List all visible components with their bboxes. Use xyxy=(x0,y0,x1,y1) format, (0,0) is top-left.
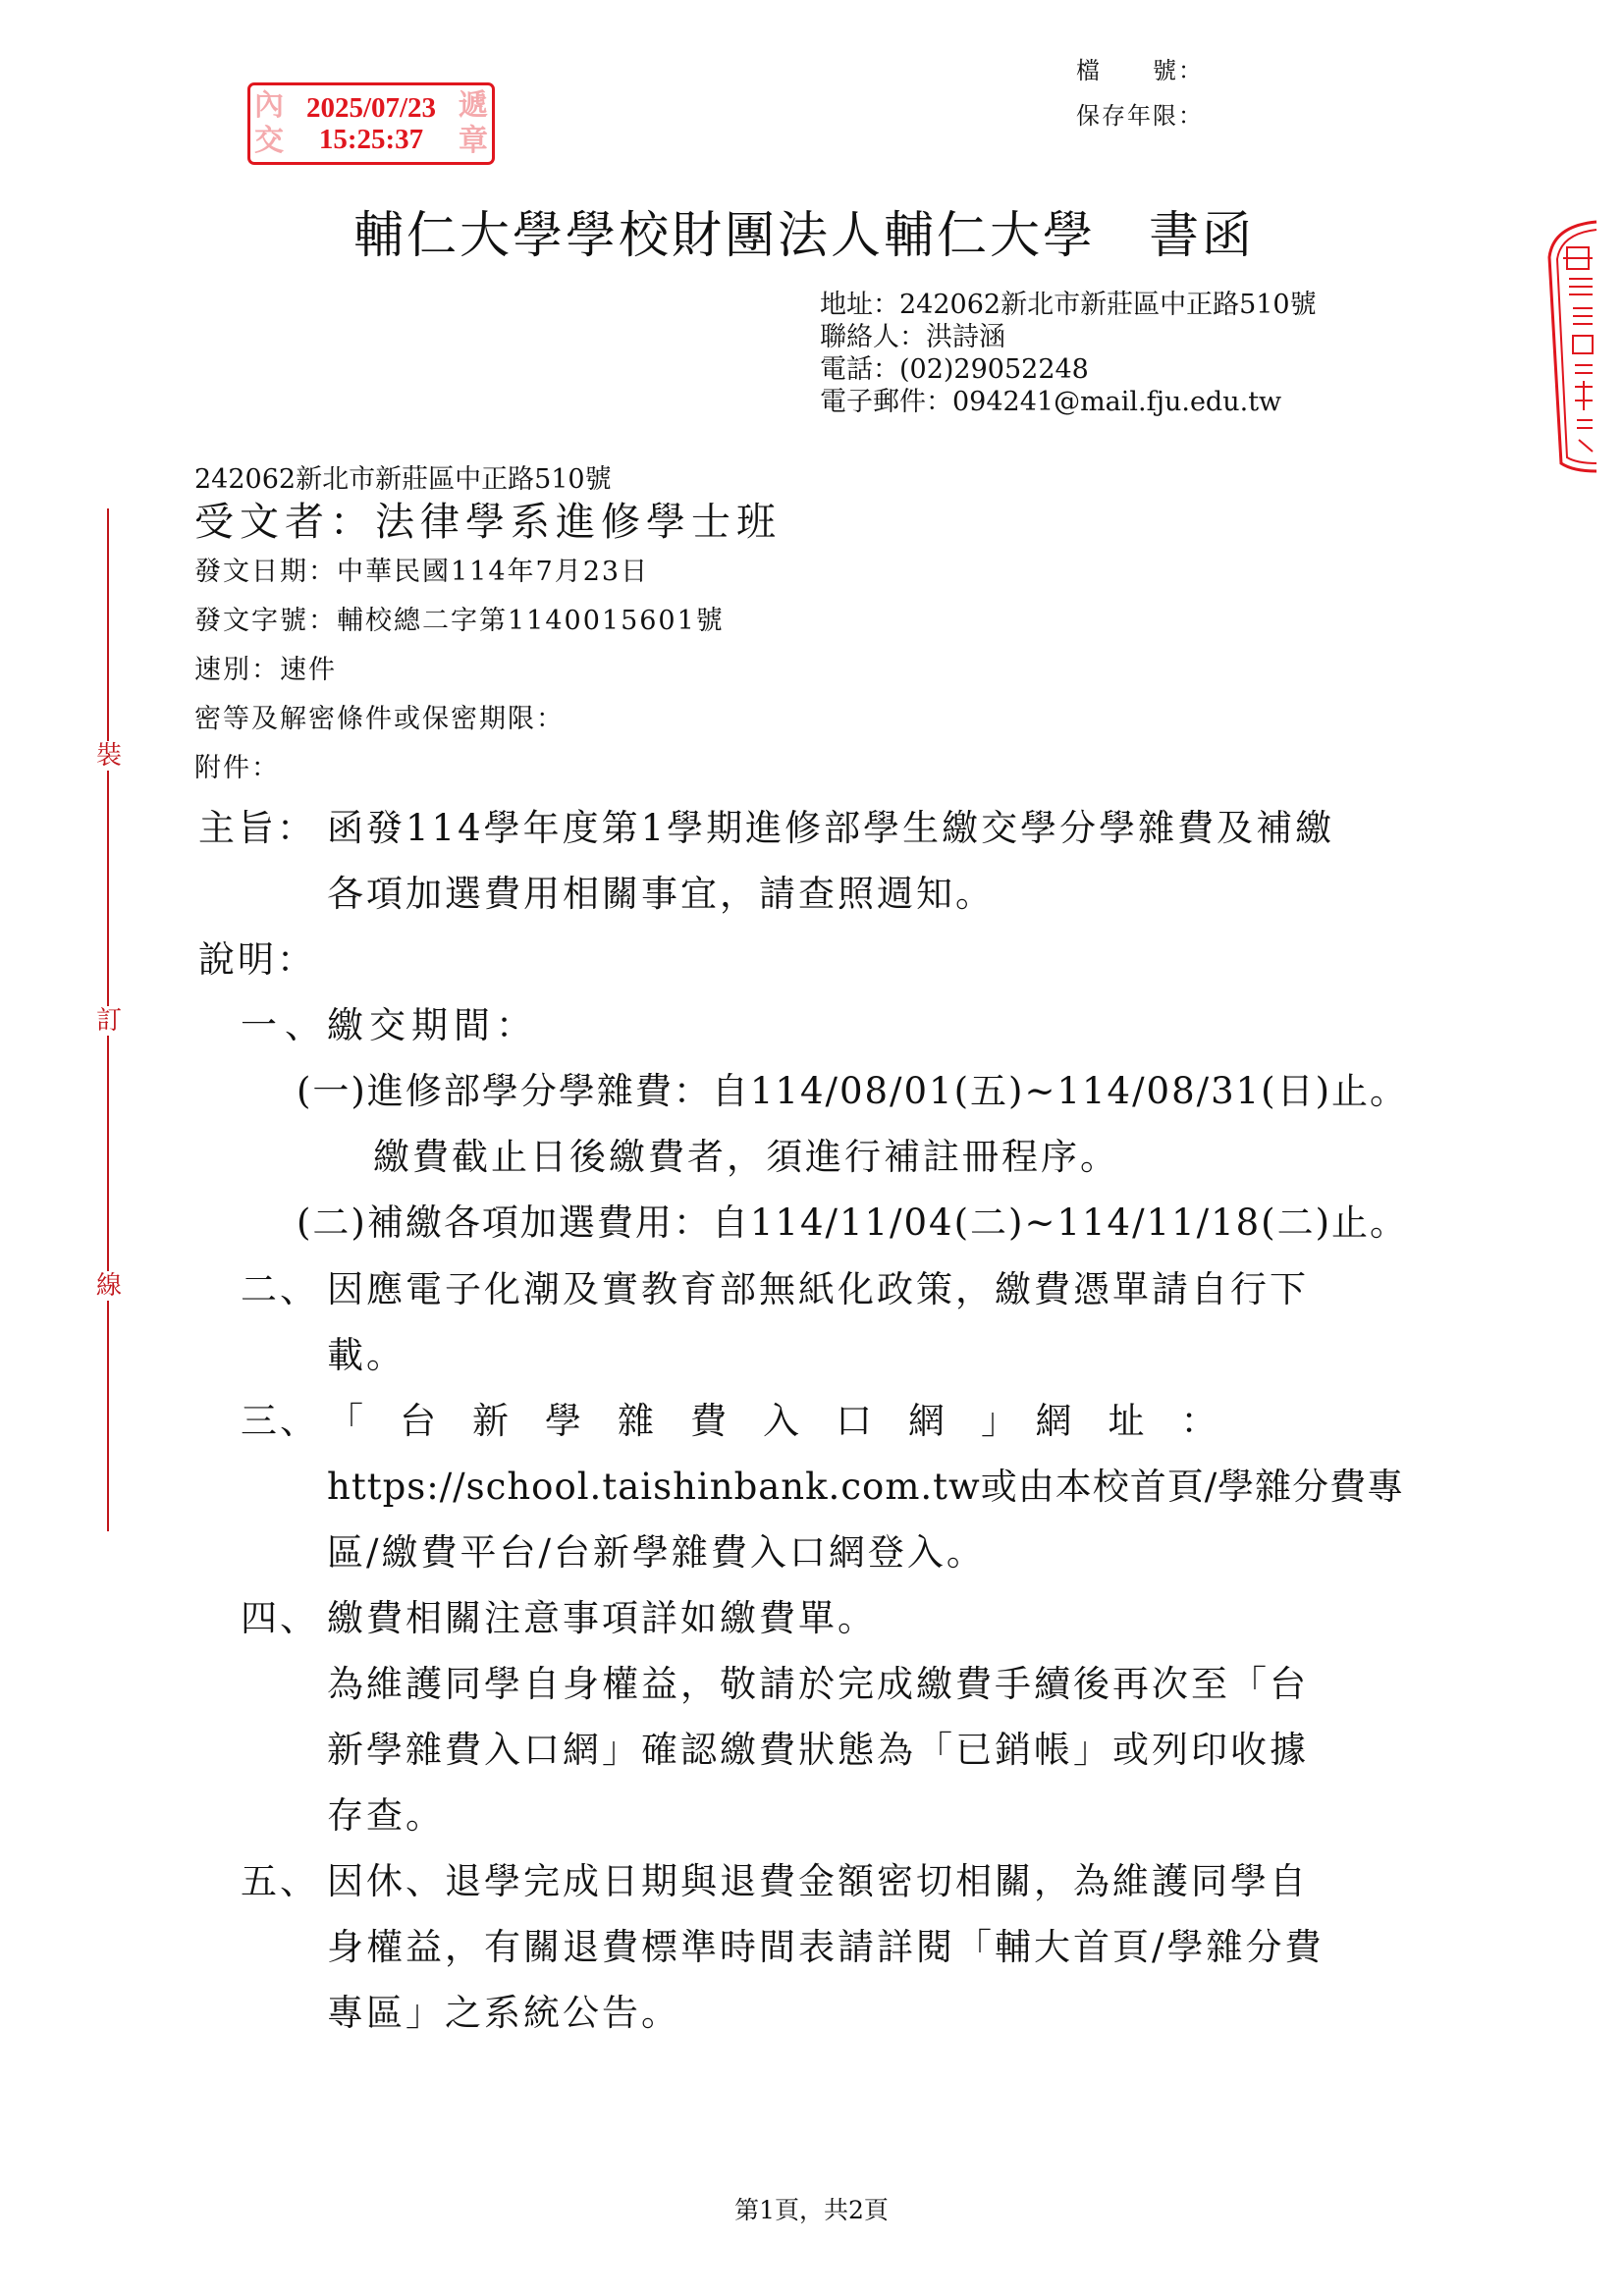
item-line: 身權益，有關退費標準時間表請詳閱「輔大首頁/學雜分費 xyxy=(327,1926,1324,1969)
subitem-line: (二)補繳各項加選費用：自114/11/04(二)~114/11/18(二)止。 xyxy=(297,1201,1408,1245)
explanation-label: 說明： xyxy=(198,938,316,982)
secrecy-level: 密等及解密條件或保密期限： xyxy=(194,697,565,735)
document-number: 發文字號：輔校總二字第1140015601號 xyxy=(194,599,725,637)
sender-email: 電子郵件：094241@mail.fju.edu.tw xyxy=(820,386,1281,418)
item-number: 二、 xyxy=(241,1268,319,1311)
retention-period-label: 保存年限： xyxy=(1076,96,1204,131)
speed-class: 速別：速件 xyxy=(194,648,337,686)
item-line: 專區」之系統公告。 xyxy=(327,1992,680,2035)
item-number: 一、 xyxy=(241,1004,329,1047)
subject-line: 各項加選費用相關事宜，請查照週知。 xyxy=(327,873,995,916)
binding-mark: 訂 xyxy=(94,1006,124,1036)
portal-url-line: https://school.taishinbank.com.tw或由本校首頁/… xyxy=(327,1466,1404,1509)
item-line: 新學雜費入口網」確認繳費狀態為「已銷帳」或列印收據 xyxy=(327,1729,1309,1772)
item-line: 繳費相關注意事項詳如繳費單。 xyxy=(327,1597,877,1640)
item-line: 「 台 新 學 雜 費 入 口 網 」 網 址 ： xyxy=(327,1400,1217,1443)
item-line: 為維護同學自身權益，敬請於完成繳費手續後再次至「台 xyxy=(327,1663,1309,1706)
page-number: 第1頁，共2頁 xyxy=(0,2191,1623,2226)
binding-mark: 線 xyxy=(94,1271,124,1301)
stamp-time: 15:25:37 xyxy=(250,125,492,154)
sender-contact: 聯絡人：洪詩涵 xyxy=(820,321,1005,353)
stamp-date: 2025/07/23 xyxy=(250,93,492,123)
item-line: 因休、退學完成日期與退費金額密切相關，為維護同學自 xyxy=(327,1860,1309,1903)
subject-line: 函發114學年度第1學期進修部學生繳交學分學雜費及補繳 xyxy=(327,807,1334,850)
subitem-line: (一)進修部學分學雜費：自114/08/01(五)~114/08/31(日)止。 xyxy=(297,1070,1408,1113)
received-stamp: 內 交 遞 章 2025/07/23 15:25:37 xyxy=(247,82,495,165)
item-line: 存查。 xyxy=(327,1794,445,1838)
item-line: 載。 xyxy=(327,1334,406,1377)
item-number: 三、 xyxy=(241,1400,319,1443)
recipient: 受文者：法律學系進修學士班 xyxy=(194,491,782,547)
subject-label: 主旨： xyxy=(198,807,316,850)
subitem-line: 繳費截止日後繳費者，須進行補註冊程序。 xyxy=(373,1136,1119,1179)
item-number: 五、 xyxy=(241,1860,319,1903)
item-number: 四、 xyxy=(241,1597,319,1640)
attachments: 附件： xyxy=(194,746,280,784)
official-seal-icon xyxy=(1543,218,1598,475)
binding-mark: 裝 xyxy=(94,741,124,771)
sender-phone: 電話：(02)29052248 xyxy=(820,353,1089,386)
sender-address: 地址：242062新北市新莊區中正路510號 xyxy=(820,289,1317,321)
file-number-label: 檔 號： xyxy=(1076,51,1204,85)
document-title: 輔仁大學學校財團法人輔仁大學 書函 xyxy=(353,194,1255,267)
item-line: 區/繳費平台/台新學雜費入口網登入。 xyxy=(327,1531,986,1575)
issue-date: 發文日期：中華民國114年7月23日 xyxy=(194,550,649,588)
item-line: 因應電子化潮及實教育部無紙化政策，繳費憑單請自行下 xyxy=(327,1268,1309,1311)
item-line: 繳交期間： xyxy=(327,1004,538,1047)
